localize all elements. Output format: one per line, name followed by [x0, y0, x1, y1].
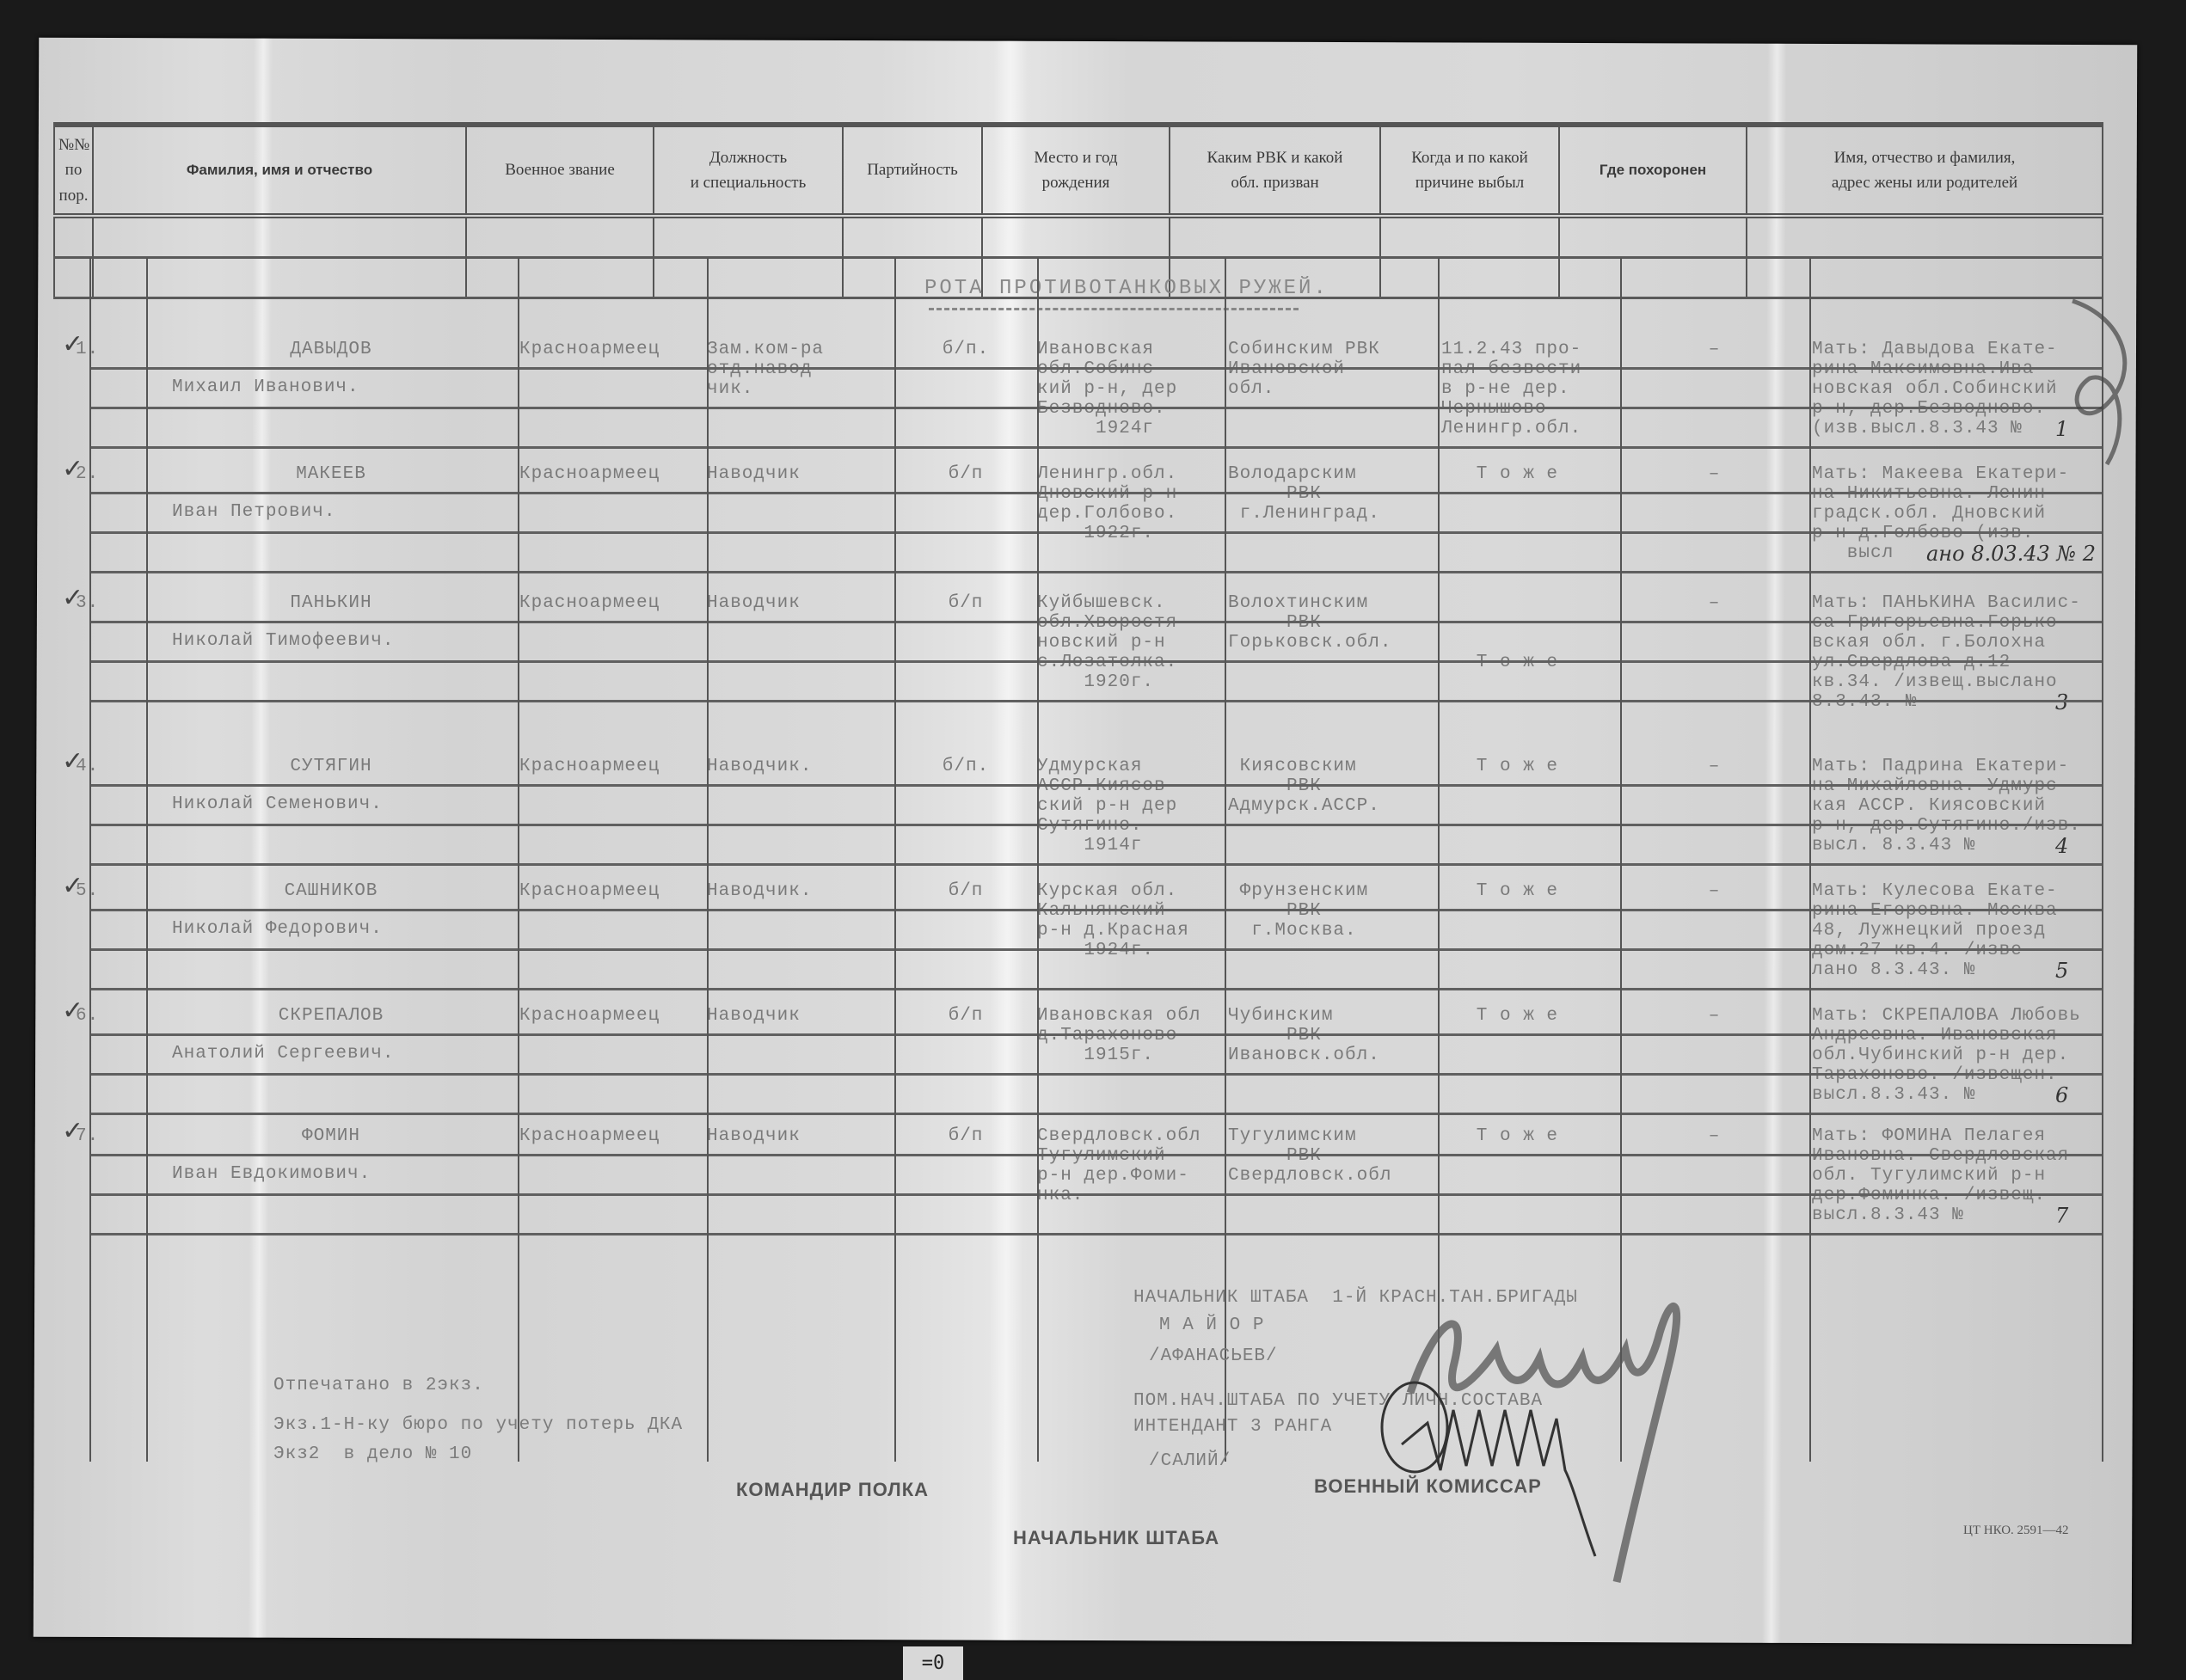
cell-rank: Красноармеец	[519, 757, 704, 776]
cell-reason: Т о ж е	[1441, 881, 1618, 901]
cell-surname: СУТЯГИН	[146, 757, 516, 776]
cell-surname: ПАНЬКИН	[146, 593, 516, 613]
cell-given-name: Иван Петрович.	[172, 502, 335, 522]
cell-buried: –	[1622, 340, 1807, 359]
ruled-line	[89, 909, 2102, 911]
column-rule	[1809, 258, 1811, 1462]
handwritten-notice-number: ано 8.03.43 № 2	[1926, 542, 2096, 566]
handwritten-notice-number: 3	[2055, 690, 2068, 714]
check-mark-icon: ✓	[62, 871, 83, 901]
cell-surname: ДАВЫДОВ	[146, 340, 516, 359]
assistant-chief-rank: ИНТЕНДАНТ 3 РАНГА	[1133, 1417, 1332, 1437]
cell-rank: Красноармеец	[519, 1006, 704, 1026]
cell-relative: Мать: Падрина Екатери- на Михайловна. Уд…	[1812, 757, 2160, 855]
cell-party: б/п	[897, 1006, 1035, 1026]
cell-surname: МАКЕЕВ	[146, 464, 516, 484]
ruled-line	[89, 621, 2102, 623]
cell-given-name: Михаил Иванович.	[172, 377, 359, 397]
cell-buried: –	[1622, 593, 1807, 613]
ruled-line	[89, 1154, 2102, 1156]
cell-surname: САШНИКОВ	[146, 881, 516, 901]
ruled-line	[89, 863, 2102, 866]
cell-position: Наводчик	[707, 1006, 892, 1026]
ruled-line	[89, 1033, 2102, 1036]
ruled-line	[89, 492, 2102, 494]
handwritten-notice-number: 1	[2055, 417, 2068, 441]
military-commissar-label: ВОЕННЫЙ КОМИССАР	[1314, 1475, 1542, 1498]
cell-birth: Ивановская обл.Собинс- кий р-н, дер Безв…	[1037, 340, 1222, 438]
section-underline	[929, 308, 1299, 310]
cell-relative: Мать: СКРЕПАЛОВА Любовь Андреевна. Ивано…	[1812, 1006, 2160, 1105]
cell-surname: СКРЕПАЛОВ	[146, 1006, 516, 1026]
cell-given-name: Николай Федорович.	[172, 919, 383, 939]
ruled-line	[89, 988, 2102, 990]
check-mark-icon: ✓	[62, 1116, 83, 1146]
check-mark-icon: ✓	[62, 996, 83, 1026]
handwritten-notice-number: 6	[2055, 1083, 2068, 1107]
ruled-line	[89, 446, 2102, 449]
col-burial: Где похоронен	[1559, 125, 1747, 216]
cell-relative: Мать: Давыдова Екате- рина Максимовна.Ив…	[1812, 340, 2160, 438]
chief-of-staff-label: НАЧАЛЬНИК ШТАБА	[1013, 1527, 1219, 1549]
col-position: Должность и специальность	[654, 125, 843, 216]
cell-buried: –	[1622, 1126, 1807, 1146]
ruled-line	[89, 948, 2102, 951]
col-reason: Когда и по какой причине выбыл	[1380, 125, 1559, 216]
cell-birth: Куйбышевск. обл.Хворостя новский р-н с.Л…	[1037, 593, 1222, 692]
column-rule	[518, 258, 519, 1462]
cell-rank: Красноармеец	[519, 881, 704, 901]
cell-buried: –	[1622, 464, 1807, 484]
copy-1-note: Экз.1-Н-ку бюро по учету потерь ДКА	[273, 1415, 683, 1435]
ruled-line	[89, 407, 2102, 409]
cell-party: б/п	[897, 1126, 1035, 1146]
archive-tag: =0	[903, 1646, 963, 1680]
column-rule	[1620, 258, 1622, 1462]
cell-party: б/п	[897, 593, 1035, 613]
cell-given-name: Николай Семенович.	[172, 794, 383, 814]
casualty-table: №№ по пор. Фамилия, имя и отчество Военн…	[53, 122, 2103, 299]
col-number: №№ по пор.	[54, 125, 93, 216]
ruled-line	[89, 660, 2102, 663]
cell-buried: –	[1622, 881, 1807, 901]
check-mark-icon: ✓	[62, 454, 83, 484]
section-title: РОТА ПРОТИВОТАНКОВЫХ РУЖЕЙ.	[924, 277, 1329, 300]
col-birth: Место и год рождения	[982, 125, 1170, 216]
copy-2-note: Экз2 в дело № 10	[273, 1444, 472, 1464]
ruled-line	[89, 1113, 2102, 1115]
ruled-line	[89, 1073, 2102, 1076]
cell-birth: Удмурская АССР.Киясов- ский р-н дер Сутя…	[1037, 757, 1222, 855]
chief-of-staff-title: НАЧАЛЬНИК ШТАБА 1-Й КРАСН.ТАН.БРИГАДЫ	[1133, 1288, 1578, 1308]
cell-relative: Мать: Кулесова Екате- рина Егоровна. Мос…	[1812, 881, 2160, 980]
handwritten-notice-number: 5	[2055, 959, 2068, 983]
chief-of-staff-rank: М А Й О Р	[1159, 1315, 1264, 1335]
ruled-line	[89, 531, 2102, 534]
cell-position: Наводчик	[707, 464, 892, 484]
copies-note: Отпечатано в 2экз.	[273, 1376, 484, 1395]
check-mark-icon: ✓	[62, 583, 83, 613]
column-rule	[1037, 258, 1039, 1462]
form-code: ЦТ НКО. 2591—42	[1963, 1524, 2069, 1538]
cell-rank: Красноармеец	[519, 340, 704, 359]
cell-relative: Мать: ФОМИНА Пелагея Ивановна. Свердловс…	[1812, 1126, 2160, 1225]
cell-given-name: Анатолий Сергеевич.	[172, 1044, 394, 1064]
col-relative: Имя, отчество и фамилия, адрес жены или …	[1747, 125, 2103, 216]
handwritten-notice-number: 4	[2055, 834, 2068, 858]
ruled-line	[89, 367, 2102, 370]
cell-given-name: Иван Евдокимович.	[172, 1164, 371, 1184]
cell-party: б/п	[897, 464, 1035, 484]
ruled-line	[89, 784, 2102, 787]
column-rule	[2102, 258, 2103, 1462]
column-rule	[707, 258, 709, 1462]
cell-surname: ФОМИН	[146, 1126, 516, 1146]
column-rule	[1438, 258, 1440, 1462]
col-full-name: Фамилия, имя и отчество	[93, 125, 466, 216]
check-mark-icon: ✓	[62, 329, 83, 359]
col-rank: Военное звание	[466, 125, 654, 216]
cell-rank: Красноармеец	[519, 464, 704, 484]
column-rule	[1225, 258, 1226, 1462]
ruled-line	[89, 824, 2102, 826]
ruled-line	[89, 1233, 2102, 1235]
column-rule	[146, 258, 148, 1462]
cell-rank: Красноармеец	[519, 593, 704, 613]
column-rule	[89, 258, 91, 1462]
column-rule	[894, 258, 896, 1462]
assistant-chief-name: /САЛИЙ/	[1149, 1451, 1231, 1471]
cell-reason: 11.2.43 про- пал безвести в р-не дер. Че…	[1441, 340, 1618, 438]
cell-reason: Т о ж е	[1441, 1126, 1618, 1146]
chief-of-staff-name: /АФАНАСЬЕВ/	[1149, 1346, 1278, 1366]
cell-buried: –	[1622, 757, 1807, 776]
col-rvk: Каким РВК и какой обл. призван	[1170, 125, 1380, 216]
cell-given-name: Николай Тимофеевич.	[172, 631, 394, 651]
cell-reason: Т о ж е	[1441, 1006, 1618, 1026]
cell-party: б/п.	[897, 757, 1035, 776]
cell-position: Наводчик.	[707, 881, 892, 901]
cell-position: Наводчик	[707, 593, 892, 613]
cell-rank: Красноармеец	[519, 1126, 704, 1146]
cell-party: б/п.	[897, 340, 1035, 359]
ruled-line	[89, 700, 2102, 702]
assistant-chief-title: ПОМ.НАЧ.ШТАБА ПО УЧЕТУ ЛИЧН.СОСТАВА	[1133, 1391, 1543, 1411]
handwritten-notice-number: 7	[2055, 1204, 2068, 1228]
cell-party: б/п	[897, 881, 1035, 901]
cell-position: Наводчик.	[707, 757, 892, 776]
ruled-line	[89, 1193, 2102, 1196]
cell-reason: Т о ж е	[1441, 464, 1618, 484]
col-party: Партийность	[843, 125, 982, 216]
cell-buried: –	[1622, 1006, 1807, 1026]
regiment-commander-label: КОМАНДИР ПОЛКА	[736, 1479, 929, 1501]
ruled-line	[89, 571, 2102, 573]
table-header: №№ по пор. Фамилия, имя и отчество Военн…	[54, 125, 2103, 216]
cell-relative: Мать: ПАНЬКИНА Василис- са Григорьевна.Г…	[1812, 593, 2160, 712]
cell-position: Наводчик	[707, 1126, 892, 1146]
cell-reason: Т о ж е	[1441, 757, 1618, 776]
check-mark-icon: ✓	[62, 746, 83, 776]
